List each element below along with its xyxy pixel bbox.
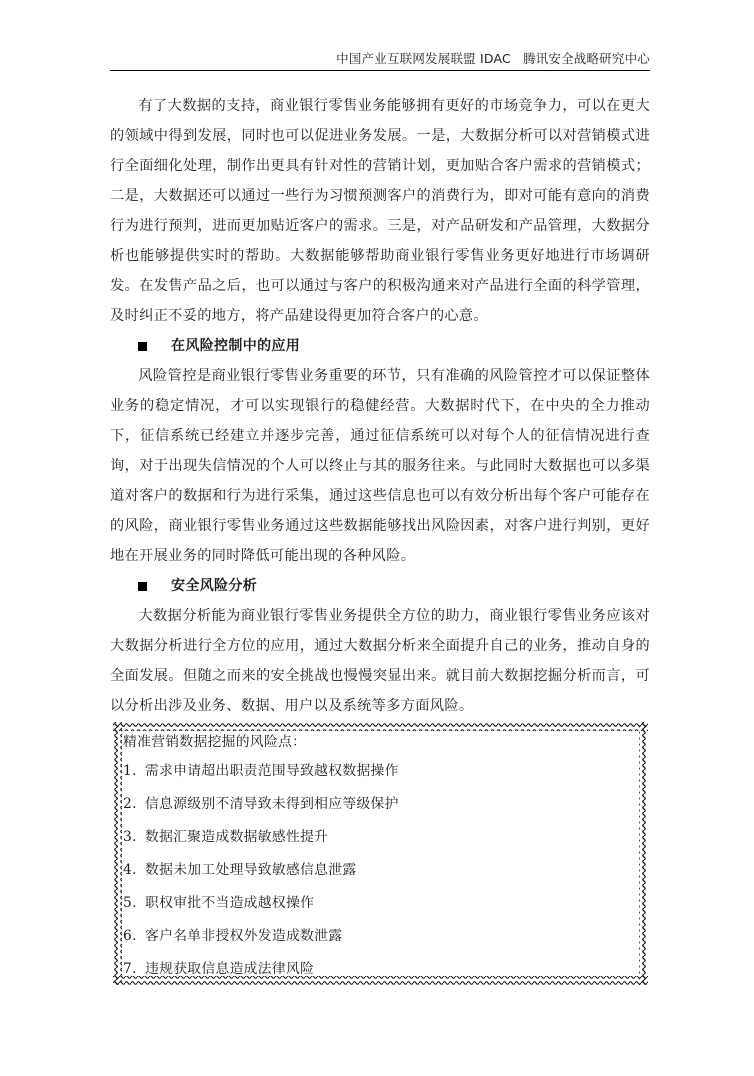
item-text: 职权审批不当造成越权操作 [145, 887, 314, 920]
item-number: 3. [123, 821, 145, 854]
document-body: 有了大数据的支持，商业银行零售业务能够拥有更好的市场竞争力，可以在更大的领域中得… [110, 91, 650, 721]
risk-list-item: 5.职权审批不当造成越权操作 [123, 887, 638, 920]
square-bullet-icon [138, 342, 147, 351]
section-heading-text: 安全风险分析 [171, 571, 257, 601]
intro-paragraph: 有了大数据的支持，商业银行零售业务能够拥有更好的市场竞争力，可以在更大的领域中得… [110, 91, 650, 331]
risk-control-paragraph: 风险管控是商业银行零售业务重要的环节，只有准确的风险管控才可以保证整体业务的稳定… [110, 361, 650, 571]
item-text: 违规获取信息造成法律风险 [145, 953, 314, 986]
risk-points-box: 精准营销数据挖掘的风险点： 1.需求申请超出职责范围导致越权数据操作 2.信息源… [113, 722, 648, 985]
item-number: 5. [123, 887, 145, 920]
item-number: 7. [123, 953, 145, 986]
item-number: 1. [123, 755, 145, 788]
risk-list-item: 7.违规获取信息造成法律风险 [123, 953, 638, 986]
risk-list-item: 6.客户名单非授权外发造成数泄露 [123, 920, 638, 953]
risk-list-item: 4.数据未加工处理导致敏感信息泄露 [123, 854, 638, 887]
item-number: 2. [123, 788, 145, 821]
item-text: 需求申请超出职责范围导致越权数据操作 [145, 755, 399, 788]
risk-list: 1.需求申请超出职责范围导致越权数据操作 2.信息源级别不清导致未得到相应等级保… [123, 755, 638, 986]
page-header: 中国产业互联网发展联盟 IDAC腾讯安全战略研究中心 [110, 50, 650, 68]
header-rule [110, 70, 650, 71]
section-heading-text: 在风险控制中的应用 [171, 331, 300, 361]
security-risk-paragraph: 大数据分析能为商业银行零售业务提供全方位的助力，商业银行零售业务应该对大数据分析… [110, 601, 650, 721]
risk-box-content: 精准营销数据挖掘的风险点： 1.需求申请超出职责范围导致越权数据操作 2.信息源… [123, 729, 638, 986]
header-org-idac: 中国产业互联网发展联盟 IDAC [336, 51, 511, 66]
section-heading-security-risk: 安全风险分析 [110, 571, 650, 601]
item-text: 信息源级别不清导致未得到相应等级保护 [145, 788, 399, 821]
item-text: 客户名单非授权外发造成数泄露 [145, 920, 342, 953]
risk-box-title: 精准营销数据挖掘的风险点： [123, 729, 638, 755]
section-heading-risk-control: 在风险控制中的应用 [110, 331, 650, 361]
item-number: 4. [123, 854, 145, 887]
square-bullet-icon [138, 582, 147, 591]
item-number: 6. [123, 920, 145, 953]
item-text: 数据汇聚造成数据敏感性提升 [145, 821, 328, 854]
risk-list-item: 1.需求申请超出职责范围导致越权数据操作 [123, 755, 638, 788]
header-org-tencent: 腾讯安全战略研究中心 [523, 51, 650, 66]
risk-list-item: 2.信息源级别不清导致未得到相应等级保护 [123, 788, 638, 821]
risk-list-item: 3.数据汇聚造成数据敏感性提升 [123, 821, 638, 854]
item-text: 数据未加工处理导致敏感信息泄露 [145, 854, 356, 887]
